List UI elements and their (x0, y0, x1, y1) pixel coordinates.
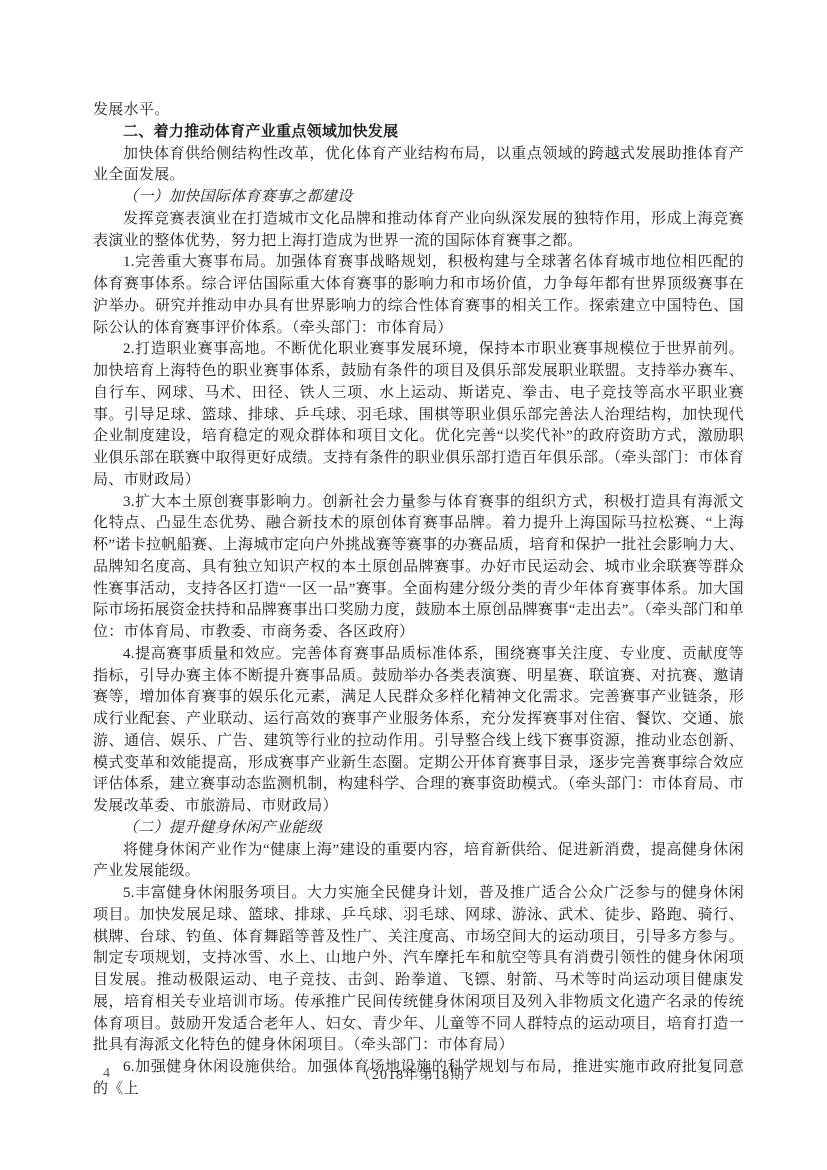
paragraph: 5.丰富健身休闲服务项目。大力实施全民健身计划，普及推广适合公众广泛参与的健身休… (93, 883, 744, 1057)
section-heading: （二）提升健身休闲产业能级 (93, 818, 744, 840)
section-heading: 二、着力推动体育产业重点领域加快发展 (93, 122, 744, 144)
page-footer: 4 （2018年第18期） (93, 1064, 744, 1086)
paragraph: 发挥竞赛表演业在打造城市文化品牌和推动体育产业向纵深发展的独特作用，形成上海竞赛… (93, 209, 744, 253)
paragraph: 2.打造职业赛事高地。不断优化职业赛事发展环境，保持本市职业赛事规模位于世界前列… (93, 339, 744, 491)
section-heading: （一）加快国际体育赛事之都建设 (93, 187, 744, 209)
paragraph: 1.完善重大赛事布局。加强体育赛事战略规划，积极构建与全球著名体育城市地位相匹配… (93, 252, 744, 339)
issue-label: （2018年第18期） (93, 1064, 744, 1084)
paragraph: 4.提高赛事质量和效应。完善体育赛事品质标准体系，围绕赛事关注度、专业度、贡献度… (93, 644, 744, 818)
paragraph: 3.扩大本土原创赛事影响力。创新社会力量参与体育赛事的组织方式，积极打造具有海派… (93, 492, 744, 644)
paragraph: 加快体育供给侧结构性改革，优化体育产业结构布局，以重点领域的跨越式发展助推体育产… (93, 144, 744, 188)
document-body: 发展水平。二、着力推动体育产业重点领域加快发展加快体育供给侧结构性改革，优化体育… (93, 100, 744, 1101)
paragraph: 发展水平。 (93, 100, 744, 122)
document-page: 发展水平。二、着力推动体育产业重点领域加快发展加快体育供给侧结构性改革，优化体育… (0, 0, 827, 1170)
paragraph: 将健身休闲产业作为“健康上海”建设的重要内容，培育新供给、促进新消费，提高健身休… (93, 840, 744, 884)
